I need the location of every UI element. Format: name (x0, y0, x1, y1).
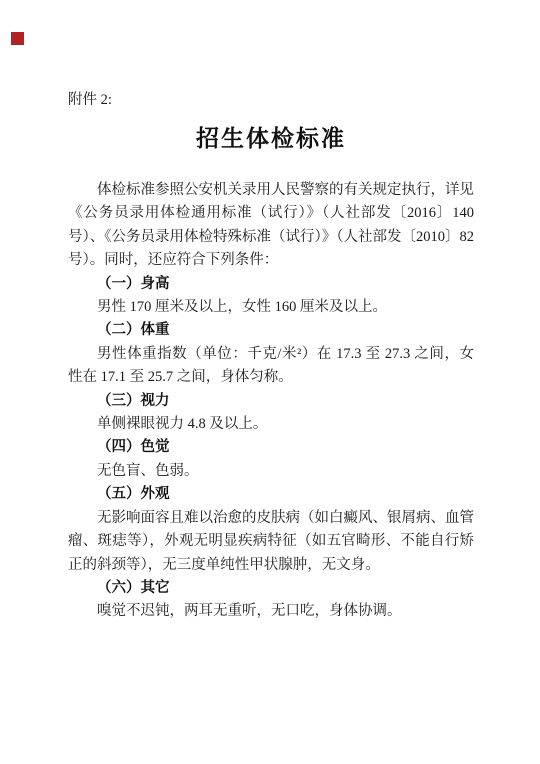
paragraph-vision: 单侧裸眼视力 4.8 及以上。 (68, 413, 474, 436)
document-content: 附件 2: 招生体检标准 体检标准参照公安机关录用人民警察的有关规定执行，详见《… (0, 0, 540, 624)
document-page: 附件 2: 招生体检标准 体检标准参照公安机关录用人民警察的有关规定执行，详见《… (0, 0, 540, 764)
section-heading-weight: （二）体重 (68, 319, 474, 342)
section-heading-height: （一）身高 (68, 273, 474, 296)
paragraph-color: 无色盲、色弱。 (68, 460, 474, 483)
paragraph-intro: 体检标准参照公安机关录用人民警察的有关规定执行，详见《公务员录用体检通用标准（试… (68, 179, 474, 273)
section-heading-color: （四）色觉 (68, 436, 474, 459)
paragraph-weight: 男性体重指数（单位：千克/米²）在 17.3 至 27.3 之间，女性在 17.… (68, 343, 474, 390)
paragraph-other: 嗅觉不迟钝，两耳无重听，无口吃，身体协调。 (68, 600, 474, 623)
paragraph-height: 男性 170 厘米及以上，女性 160 厘米及以上。 (68, 296, 474, 319)
attachment-label: 附件 2: (68, 89, 474, 112)
section-heading-appearance: （五）外观 (68, 483, 474, 506)
page-title: 招生体检标准 (68, 121, 474, 155)
red-corner-mark (11, 32, 24, 45)
document-body: 体检标准参照公安机关录用人民警察的有关规定执行，详见《公务员录用体检通用标准（试… (68, 179, 474, 624)
paragraph-appearance: 无影响面容且难以治愈的皮肤病（如白癜风、银屑病、血管瘤、斑痣等），外观无明显疾病… (68, 507, 474, 577)
section-heading-vision: （三）视力 (68, 390, 474, 413)
section-heading-other: （六）其它 (68, 577, 474, 600)
